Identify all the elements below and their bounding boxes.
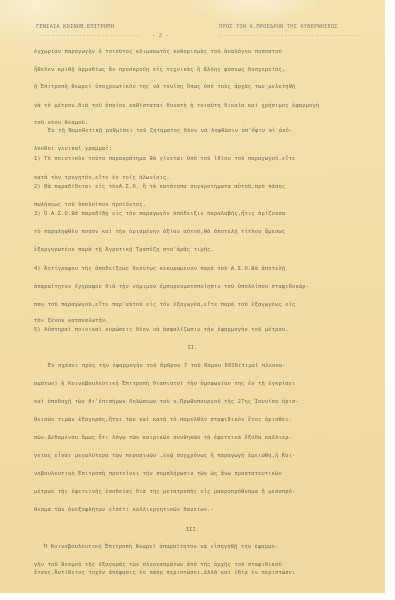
body-line: τοῦ νέου θεσμοῦ.: [34, 120, 88, 127]
numbered-item-4: 4) Ἀντίγραφον τῆς ἀποδείξεως δεόντως κεκ…: [34, 266, 285, 273]
body-line: γείας εἶναι μεγαλύτερα τῶν περυσινῶν ,ἐν…: [34, 453, 295, 460]
header-right-title: ΠΡΟΣ ΤΟΝ Κ.ΠΡΟΕΔΡΟΝ ΤΗΣ ΚΥΒΕΡΝΗΣΕΩΣ: [219, 24, 338, 31]
body-line: θεσμα τῶν ἀνεξοφλήτων εἰσέτι καλλιεργητι…: [34, 507, 214, 514]
numbered-item-2: 2) Θὰ παραδίδεται εἰς τὸνΑ.Σ.Ο. ἢ τὰ κατ…: [34, 184, 285, 191]
body-line: Ἡ Κοινοβουλευτικὴ Ἐπιτροπὴ θεωρεῖ ἀπαραί…: [44, 544, 278, 551]
body-line: ἤθελεν κριθῇ ἁρμοδίως ἂν προσκρούῃ εἰς τ…: [34, 67, 285, 74]
body-line: νοβουλευτικὴ Ἐπιτροπὴ προτείνει τὴν συμπ…: [34, 471, 282, 478]
body-line: καὶ ὑποδοχῇ τῶν δι'ἐπισήμων δηλώσεων τοῦ…: [34, 399, 299, 406]
body-line: θεισῶν τιμῶν ἐξαγορᾶς,ἤτοι τῶν καὶ κατὰ …: [34, 417, 292, 424]
numbered-item-2: πωλήσεως τοῦ ὑπολοίπου προϊόντος.: [34, 202, 146, 209]
numbered-item-3: 3) Ὁ Α.Σ.Ο.θὰ παραδίδῃ εἰς τὸν παραγωγὸν…: [34, 211, 285, 218]
body-line: λουθοι γενικαὶ γραμμαί:: [34, 146, 112, 153]
numbered-item-4: ἀπαραίτητον ἔγγραφον διὰ τὴν νόμιμον ἐμπ…: [34, 284, 309, 291]
numbered-item-5: 5) Αὐστηραὶ ποινικαὶ κυρώσεις δέον νὰ ἀσ…: [34, 327, 289, 334]
numbered-item-4: τὸν ξένον καταναλωτήν.: [34, 318, 109, 325]
numbered-item-3: τὸ παραληφθὲν ποσὸν καὶ τὴν ὁρισμένην ἀξ…: [34, 229, 285, 236]
body-line: σμάτων) ἡ Κοινοβουλευτικὴ Ἐπιτροπὴ διαπι…: [34, 381, 295, 388]
header-right-rule: -------------------------------------: [219, 33, 361, 40]
body-line: μέτρων τῆς ἐφετεινῆς ἐσοδείας διὰ τῆς με…: [34, 489, 295, 496]
body-line: Ἐν σχέσει πρὸς τὴν ἐφαρμογὴν τοῦ ἄρθρου …: [48, 363, 286, 370]
body-line: Ἐν τῇ Νομοθετικῇ ρυθμίσει τοῦ ζητήματος …: [48, 128, 292, 135]
body-line: ἔτους.Ἀντίθετος τυχὸν ἀπόφασις ἐν πάσῃ π…: [34, 570, 295, 577]
numbered-item-3: ἐξαργυρωτέον παρὰ τῇ Ἀγροτικῇ Τραπέζῃ στ…: [34, 247, 214, 254]
body-line: ἡ Ἐπιτροπὴ θεωρεῖ ὑποχρεωτικὸν της νὰ το…: [34, 84, 295, 91]
body-line: σῶν.Δεδομένου ὅμως ὅτι λόγῳ τῶν καιρικῶν…: [34, 435, 292, 442]
page-number: - 2 -: [152, 33, 169, 40]
numbered-item-1: κατὰ τὸν τρυγητόν,εἴτε ἐν τοῖς ἁλωνίοις.: [34, 175, 170, 182]
body-line: ἐγχωρίαν παραγωγὴν ὁ τοιοῦτος κλιμακωτὸς…: [34, 49, 282, 56]
section-heading-iii: III.: [0, 527, 385, 534]
body-line: γὴν τοῦ θεσμοῦ τῆς ἐξαγορᾶς τῶν πλεονασμ…: [34, 562, 282, 569]
document-page: ΓΕΝΙΑΙΑ ΚΟΙΝΟΒ.ΕΠΙΤΡΟΠΗ ΠΡΟΣ ΤΟΝ Κ.ΠΡΟΕΔ…: [0, 0, 385, 593]
section-heading-ii: II.: [0, 345, 385, 352]
body-line: νὰ τὸ μέτρον,διὰ τοῦ ὁποίου καθίσταται δ…: [34, 103, 319, 110]
numbered-item-1: 1) Τὸ ποιοτικὸν τοῦτο παρακράτημα θὰ γίν…: [34, 156, 295, 163]
header-left-title: ΓΕΝΙΑΙΑ ΚΟΙΝΟΒ.ΕΠΙΤΡΟΠΗ: [36, 24, 114, 31]
numbered-item-4: που τοῦ παραγωγοῦ,εἴτε παρ'αὐτοῦ εἰς τὸν…: [34, 302, 295, 309]
header-left-rule: ---------------------------: [36, 33, 140, 40]
